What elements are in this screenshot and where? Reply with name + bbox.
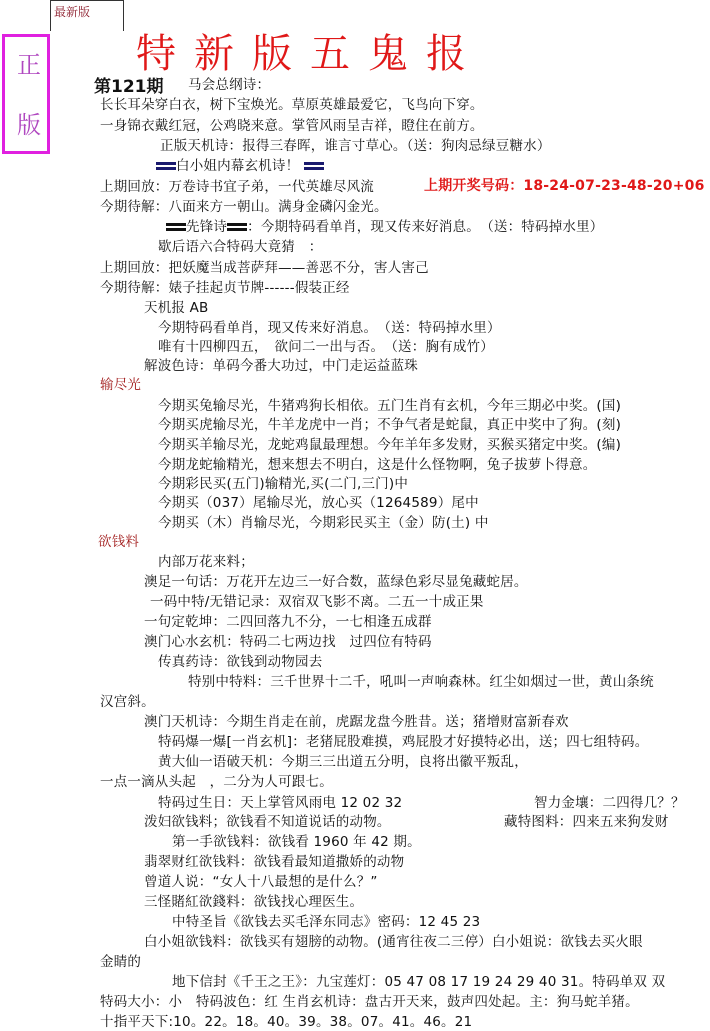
double-bar-icon bbox=[166, 222, 186, 232]
text-line: 特码过生日：天上掌管风雨电 12 02 32 bbox=[158, 794, 402, 812]
text-line: 三怪賭紅欲錢料：欲钱找心理医生。 bbox=[144, 893, 363, 911]
issue-number: 第121期 bbox=[94, 72, 164, 97]
text-line: 十指平天下:10。22。18。40。39。38。07。41。46。21 bbox=[100, 1013, 472, 1031]
text-line: 解波色诗：单码今番大功过，中门走运益蓝珠 bbox=[144, 357, 418, 375]
text-line: 今期买虎输尽光，牛羊龙虎中一肖；不争气者是蛇鼠，真正中奖中了狗。(刻) bbox=[158, 416, 621, 434]
text-line: 特码大小：小 特码波色：红 生肖玄机诗：盘古开天来，鼓声四处起。主：狗马蛇羊猪。 bbox=[100, 993, 639, 1011]
text-line: 白小姐欲钱料：欲钱买有翅膀的动物。(通宵往夜二三停）白小姐说：欲钱去买火眼 bbox=[144, 933, 643, 951]
page-title: 特新版五鬼报 bbox=[136, 22, 484, 79]
text-line: 翡翠财红欲钱料：欲钱看最知道撒娇的动物 bbox=[144, 853, 404, 871]
text-line: 正版天机诗：报得三春晖，谁言寸草心。（送：狗肉忌绿豆糖水） bbox=[160, 137, 551, 155]
text-line: 今期买（037）尾输尽光，放心买（1264589）尾中 bbox=[158, 494, 479, 512]
last-draw-numbers: 上期开奖号码：18-24-07-23-48-20+06 bbox=[424, 177, 705, 195]
text-line: 一句定乾坤：二四回落九不分，一七相逢五成群 bbox=[144, 613, 432, 631]
poem-heading: 马会总纲诗： bbox=[188, 76, 270, 94]
text-line: 今期买（木）肖输尽光，今期彩民买主（金）防(土) 中 bbox=[158, 514, 489, 532]
text-line: 黄大仙一语破天机：今期三三出道五分明，良将出徽平叛乱， bbox=[158, 753, 528, 771]
text-line: 汉宫斜。 bbox=[100, 693, 155, 711]
text-line: 今期买羊输尽光，龙蛇鸡鼠最理想。今年羊年多发财，买猴买猪定中奖。(编) bbox=[158, 436, 621, 454]
text: 先锋诗 bbox=[186, 219, 227, 235]
text-line: 今期待解：婊子挂起贞节牌------假装正经 bbox=[100, 279, 350, 297]
text-line: 今期待解：八面来方一朝山。满身金磷闪金光。 bbox=[100, 198, 388, 216]
section-heading: 输尽光 bbox=[100, 376, 141, 394]
side-char-2: 版 bbox=[17, 105, 41, 140]
text-line: 中特圣旨《欲钱去买毛泽东同志》密码：12 45 23 bbox=[172, 913, 480, 931]
authentic-edition-box: 正 版 bbox=[2, 34, 50, 154]
double-bar-icon bbox=[156, 161, 176, 171]
text-line: 一点一滴从头起 ，二分为人可跟七。 bbox=[100, 773, 333, 791]
text-line: 天机报 AB bbox=[144, 299, 209, 317]
side-char-1: 正 bbox=[17, 45, 41, 80]
text: 白小姐内幕玄机诗！ bbox=[176, 158, 299, 174]
text-line: 歇后语六合特码大竟猜 ： bbox=[158, 238, 322, 256]
latest-edition-tag: 最新版 bbox=[54, 3, 90, 20]
text-line: 今期买兔输尽光，牛猪鸡狗长相依。五门生肖有玄机，今年三期必中奖。(国) bbox=[158, 397, 621, 415]
text-line: 一身锦衣戴红冠，公鸡晓来意。掌管风雨呈吉祥，瞪住在前方。 bbox=[100, 117, 484, 135]
text-line: 内部万花来料； bbox=[158, 553, 254, 571]
text-line: 特别中特料：三千世界十二千，吼叫一声响森林。红尘如烟过一世，黄山条统 bbox=[188, 673, 654, 691]
text-line-right: 智力金壤：二四得几？？ bbox=[534, 794, 685, 812]
section-heading: 欲钱料 bbox=[98, 533, 139, 551]
text-line: 特码爆一爆[一肖玄机]：老猪屁股难摸，鸡屁股才好摸特必出，送；四七组特码。 bbox=[158, 733, 648, 751]
text-line: 曾道人说：“女人十八最想的是什么？” bbox=[144, 873, 378, 891]
text-line: 今期彩民买(五门)输精光,买(二门,三门)中 bbox=[158, 475, 408, 493]
text-line: 今期龙蛇输精光，想来想去不明白，这是什么怪物啊，兔子拔萝卜得意。 bbox=[158, 456, 596, 474]
text-line: 一码中特/无错记录：双宿双飞影不离。二五一十成正果 bbox=[150, 593, 484, 611]
text-line-with-bars: 白小姐内幕玄机诗！ bbox=[156, 157, 324, 175]
text-line: 今期特码看单肖，现又传来好消息。 （送：特码掉水里） bbox=[158, 319, 501, 337]
text-line: 泼妇欲钱料；欲钱看不知道说话的动物。 bbox=[144, 813, 391, 831]
text-line: 澳足一句话：万花开左边三一好合数，蓝绿色彩尽显兔藏蛇居。 bbox=[144, 573, 528, 591]
text-line: 澳门心水玄机：特码二七两边找 过四位有特码 bbox=[144, 633, 432, 651]
double-bar-icon bbox=[227, 222, 247, 232]
text-line: 长长耳朵穿白衣，树下宝焕光。草原英雄最爱它，飞鸟向下穿。 bbox=[100, 96, 484, 114]
text-line-with-bars: 先锋诗：今期特码看单肖，现又传来好消息。 （送：特码掉水里） bbox=[166, 218, 604, 236]
text-line: 地下信封《千王之王》：九宝莲灯：05 47 08 17 19 24 29 40 … bbox=[172, 973, 665, 991]
text-line: 澳门天机诗：今期生肖走在前，虎踞龙盘今胜昔。送；猪增财富新春欢 bbox=[144, 713, 569, 731]
text-line: 上期回放：把妖魔当成菩萨拜——善恶不分，害人害己 bbox=[100, 259, 429, 277]
text-line: 唯有十四柳四五， 欲问二一出与否。 （送：胸有成竹） bbox=[158, 338, 494, 356]
text-line: 传真药诗：欲钱到动物园去 bbox=[158, 653, 322, 671]
text-line: 第一手欲钱料：欲钱看 1960 年 42 期。 bbox=[172, 833, 421, 851]
text-line: 上期回放：万卷诗书宜子弟，一代英雄尽风流 bbox=[100, 178, 374, 196]
text-line-right: 藏特图料：四来五来狗发财 bbox=[504, 813, 668, 831]
double-bar-icon bbox=[304, 161, 324, 171]
text-line: 金睛的 bbox=[100, 953, 141, 971]
text: ：今期特码看单肖，现又传来好消息。 （送：特码掉水里） bbox=[247, 219, 603, 235]
